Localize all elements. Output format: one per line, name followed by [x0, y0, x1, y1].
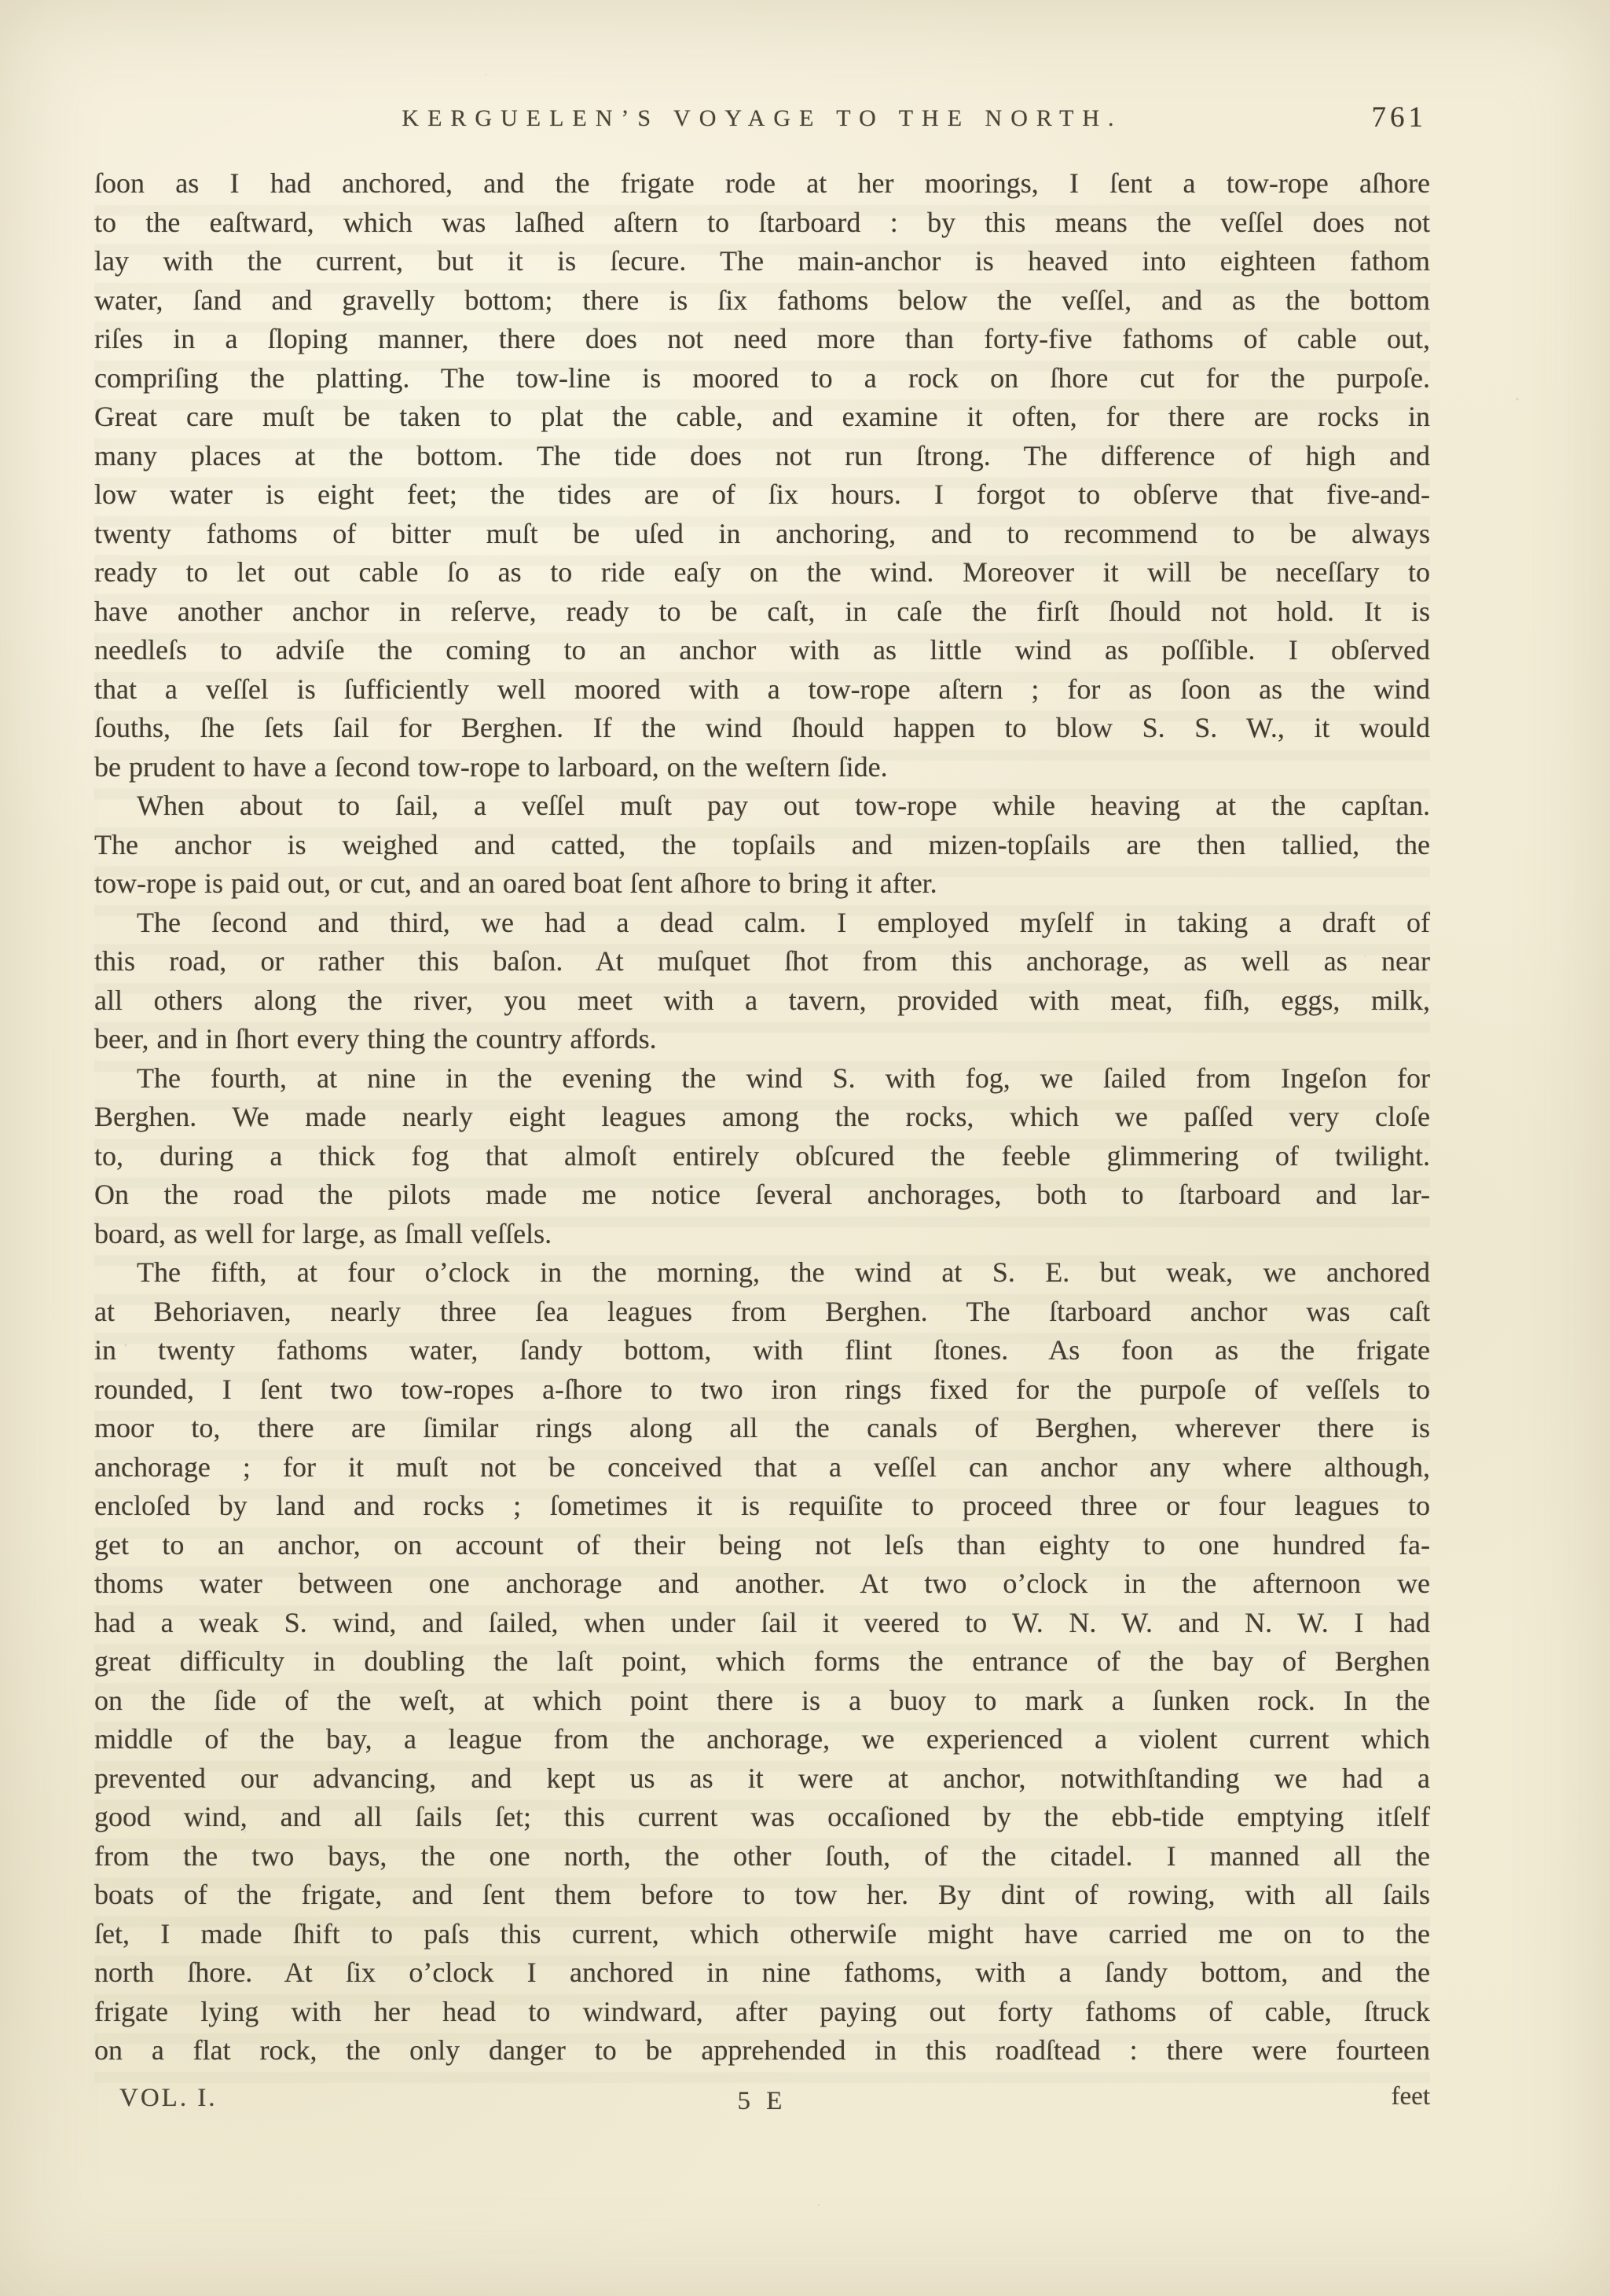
text-line: this road, or rather this baſon. At muſq…: [94, 942, 1430, 981]
text-line: be prudent to have a ſecond tow-rope to …: [94, 748, 1430, 787]
text-line: ſouths, ſhe ſets ſail for Berghen. If th…: [94, 709, 1430, 748]
text-line: twenty fathoms of bitter muſt be uſed in…: [94, 515, 1430, 554]
text-line: great difficulty in doubling the laſt po…: [94, 1642, 1430, 1682]
text-line: The anchor is weighed and catted, the to…: [94, 826, 1430, 865]
text-line: compriſing the platting. The tow-line is…: [94, 359, 1430, 398]
catchword: feet: [1392, 2082, 1430, 2111]
text-line: have another anchor in reſerve, ready to…: [94, 592, 1430, 632]
body-text: ſoon as I had anchored, and the frigate …: [94, 164, 1430, 2070]
text-line: The fifth, at four o’clock in the mornin…: [94, 1253, 1430, 1293]
text-line: water, ſand and gravelly bottom; there i…: [94, 281, 1430, 321]
text-line: to the eaſtward, which was laſhed aſtern…: [94, 204, 1430, 243]
text-line: lay with the current, but it is ſecure. …: [94, 242, 1430, 281]
running-title: KERGUELEN’S VOYAGE TO THE NORTH.: [402, 105, 1122, 132]
text-line: riſes in a ſloping manner, there does no…: [94, 320, 1430, 359]
text-line: On the road the pilots made me notice ſe…: [94, 1176, 1430, 1215]
text-line: Berghen. We made nearly eight leagues am…: [94, 1098, 1430, 1137]
text-line: middle of the bay, a league from the anc…: [94, 1720, 1430, 1759]
text-line: get to an anchor, on account of their be…: [94, 1526, 1430, 1565]
text-line: had a weak S. wind, and ſailed, when und…: [94, 1604, 1430, 1643]
text-line: Great care muſt be taken to plat the cab…: [94, 398, 1430, 437]
text-line: ſoon as I had anchored, and the frigate …: [94, 164, 1430, 204]
text-line: all others along the river, you meet wit…: [94, 981, 1430, 1021]
text-line: to, during a thick fog that almoſt entir…: [94, 1137, 1430, 1176]
text-line: from the two bays, the one north, the ot…: [94, 1837, 1430, 1876]
text-line: ſet, I made ſhift to paſs this current, …: [94, 1915, 1430, 1954]
page-header: KERGUELEN’S VOYAGE TO THE NORTH. 761: [94, 105, 1430, 152]
text-line: prevented our advancing, and kept us as …: [94, 1759, 1430, 1799]
page-footer: VOL. I. 5 E feet: [94, 2084, 1430, 2123]
text-line: rounded, I ſent two tow-ropes a-ſhore to…: [94, 1370, 1430, 1410]
text-line: on the ſide of the weſt, at which point …: [94, 1682, 1430, 1721]
text-line: low water is eight feet; the tides are o…: [94, 475, 1430, 515]
text-line: frigate lying with her head to windward,…: [94, 1993, 1430, 2032]
text-line: anchorage ; for it muſt not be conceived…: [94, 1448, 1430, 1487]
text-line: good wind, and all ſails ſet; this curre…: [94, 1798, 1430, 1837]
text-line: encloſed by land and rocks ; ſometimes i…: [94, 1487, 1430, 1526]
text-line: The fourth, at nine in the evening the w…: [94, 1059, 1430, 1098]
text-line: When about to ſail, a veſſel muſt pay ou…: [94, 787, 1430, 826]
text-line: in twenty fathoms water, ſandy bottom, w…: [94, 1331, 1430, 1370]
signature-mark: 5 E: [94, 2087, 1430, 2116]
text-line: many places at the bottom. The tide does…: [94, 437, 1430, 476]
text-line: The ſecond and third, we had a dead calm…: [94, 904, 1430, 943]
text-line: board, as well for large, as ſmall veſſe…: [94, 1215, 1430, 1254]
text-line: thoms water between one anchorage and an…: [94, 1564, 1430, 1604]
text-line: beer, and in ſhort every thing the count…: [94, 1020, 1430, 1059]
text-line: that a veſſel is ſufficiently well moore…: [94, 670, 1430, 710]
text-line: needleſs to adviſe the coming to an anch…: [94, 631, 1430, 670]
text-line: tow-rope is paid out, or cut, and an oar…: [94, 864, 1430, 904]
text-line: moor to, there are ſimilar rings along a…: [94, 1409, 1430, 1448]
text-line: ready to let out cable ſo as to ride eaſ…: [94, 553, 1430, 592]
page-number: 761: [1372, 101, 1428, 134]
text-line: north ſhore. At ſix o’clock I anchored i…: [94, 1953, 1430, 1993]
text-line: boats of the frigate, and ſent them befo…: [94, 1876, 1430, 1915]
text-line: at Behoriaven, nearly three ſea leagues …: [94, 1293, 1430, 1332]
book-page: KERGUELEN’S VOYAGE TO THE NORTH. 761 ſoo…: [0, 0, 1610, 2296]
text-line: on a flat rock, the only danger to be ap…: [94, 2031, 1430, 2070]
